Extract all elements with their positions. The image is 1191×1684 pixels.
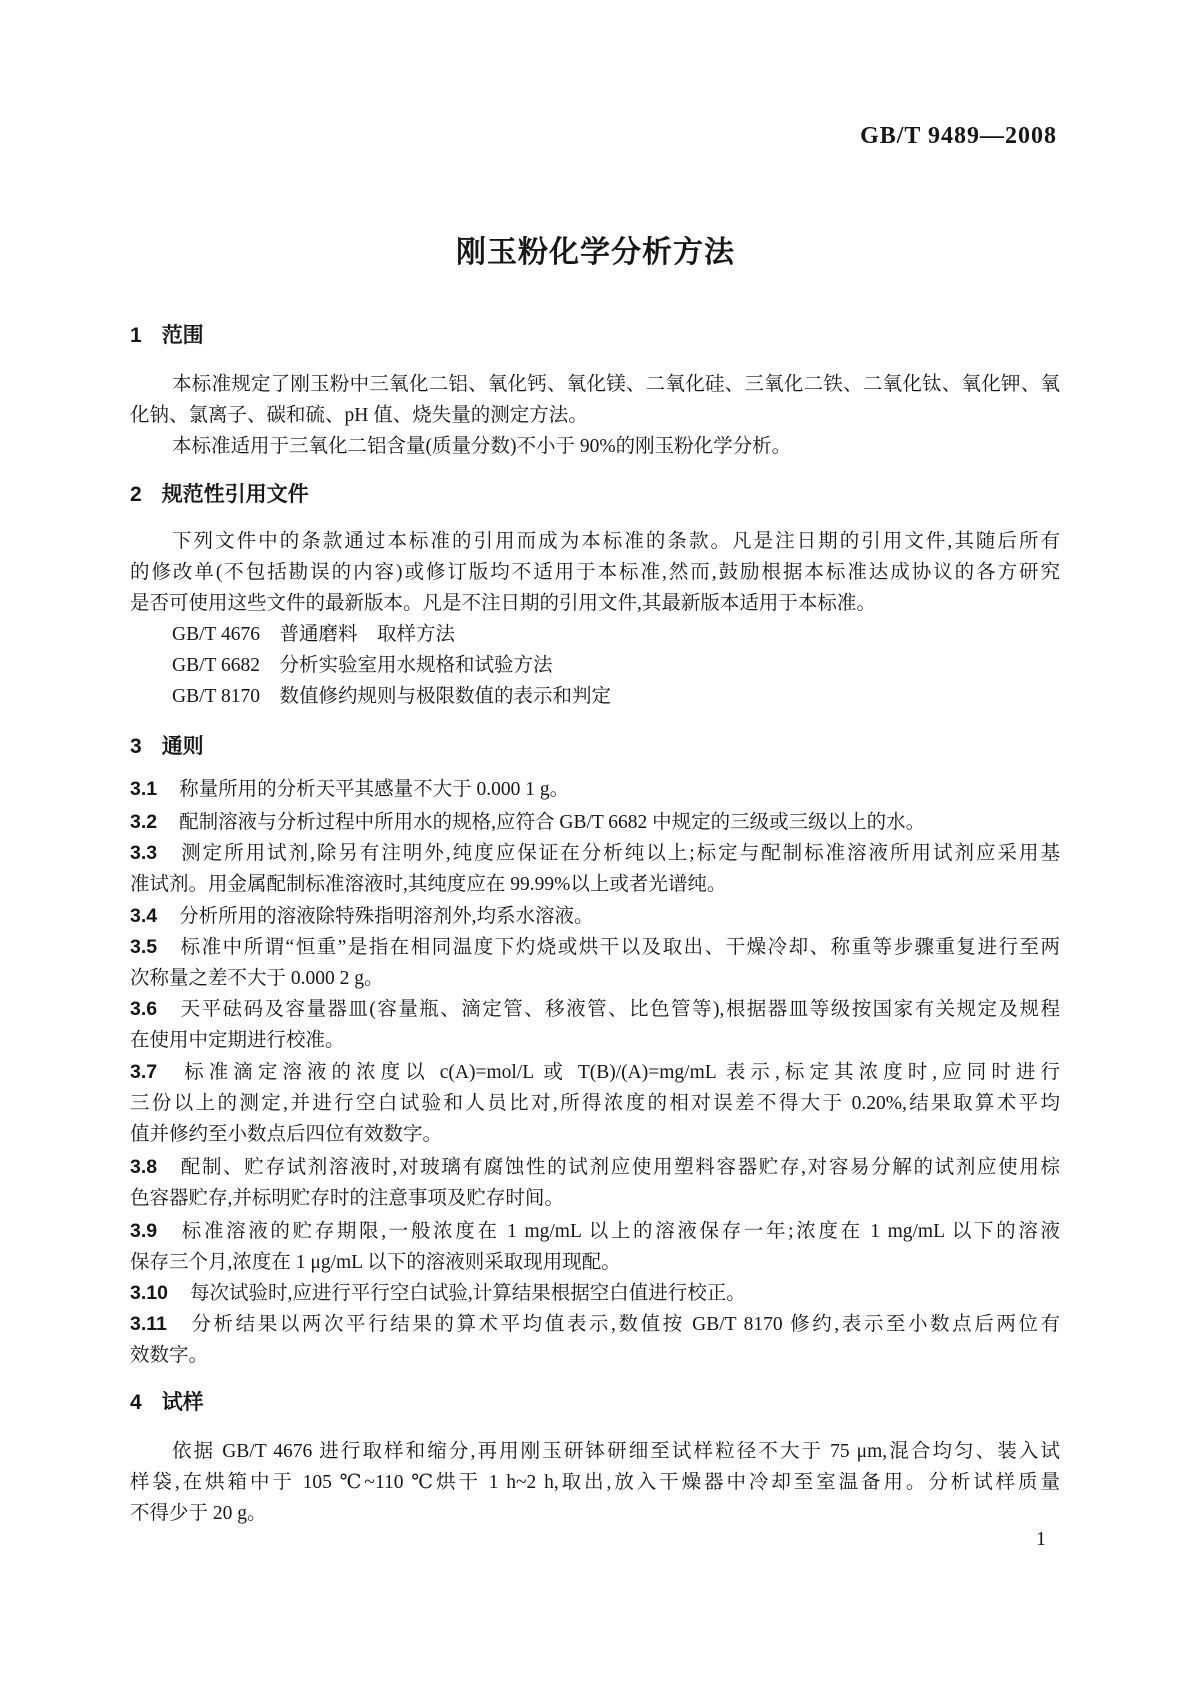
clause-continuation-line: 三份以上的测定,并进行空白试验和人员比对,所得浓度的相对误差不得大于 0.20%…	[130, 1088, 1060, 1119]
clause-line: 3.7标准滴定溶液的浓度以 c(A)=mol/L 或 T(B)/(A)=mg/m…	[130, 1057, 1060, 1088]
clause-line: 3.2配制溶液与分析过程中所用水的规格,应符合 GB/T 6682 中规定的三级…	[130, 807, 1060, 838]
paragraph-line: 是否可使用这些文件的最新版本。凡是不注日期的引用文件,其最新版本适用于本标准。	[130, 588, 1060, 619]
clause-continuation-line: 色容器贮存,并标明贮存时的注意事项及贮存时间。	[130, 1183, 1060, 1214]
section-2-title: 规范性引用文件	[162, 483, 309, 506]
clause-text: 分析结果以两次平行结果的算术平均值表示,数值按 GB/T 8170 修约,表示至…	[189, 1314, 1060, 1335]
clause-line: 3.9标准溶液的贮存期限,一般浓度在 1 mg/mL 以上的溶液保存一年;浓度在…	[130, 1216, 1060, 1247]
document-title: 刚玉粉化学分析方法	[0, 227, 1191, 271]
reference-line: GB/T 6682 分析实验室用水规格和试验方法	[130, 650, 1060, 681]
clause-number: 3.6	[130, 998, 157, 1020]
clause-line: 3.4分析所用的溶液除特殊指明溶剂外,均系水溶液。	[130, 901, 1060, 932]
standard-code: GB/T 9489—2008	[860, 123, 1057, 150]
clause-text: 称量所用的分析天平其感量不大于 0.000 1 g。	[179, 779, 569, 800]
clause-text: 标准滴定溶液的浓度以 c(A)=mol/L 或 T(B)/(A)=mg/mL 表…	[179, 1062, 1060, 1083]
clause-number: 3.9	[130, 1220, 157, 1242]
clause-line: 3.1称量所用的分析天平其感量不大于 0.000 1 g。	[130, 774, 1060, 805]
section-1-title: 范围	[162, 324, 204, 347]
clause-continuation-line: 效数字。	[130, 1340, 1060, 1371]
section-1-number: 1	[130, 324, 142, 347]
section-2-number: 2	[130, 483, 142, 506]
clause-number: 3.4	[130, 905, 157, 927]
clause-text: 标准溶液的贮存期限,一般浓度在 1 mg/mL 以上的溶液保存一年;浓度在 1 …	[179, 1221, 1060, 1242]
section-4-title: 试样	[162, 1391, 204, 1414]
paragraph-line: 样袋,在烘箱中于 105 ℃~110 ℃烘干 1 h~2 h,取出,放入干燥器中…	[130, 1467, 1060, 1498]
clause-number: 3.2	[130, 811, 157, 833]
document-body: 1范围 本标准规定了刚玉粉中三氧化二铝、氧化钙、氧化镁、二氧化硅、三氧化二铁、二…	[130, 320, 1060, 1529]
clause-text: 配制、贮存试剂溶液时,对玻璃有腐蚀性的试剂应使用塑料容器贮存,对容易分解的试剂应…	[179, 1157, 1060, 1178]
section-1-heading: 1范围	[130, 320, 1060, 351]
clause-text: 分析所用的溶液除特殊指明溶剂外,均系水溶液。	[179, 906, 593, 927]
section-4-number: 4	[130, 1391, 142, 1414]
paragraph-line: 化钠、氯离子、碳和硫、pH 值、烧失量的测定方法。	[130, 400, 1060, 431]
clause-continuation-line: 准试剂。用金属配制标准溶液时,其纯度应在 99.99%以上或者光谱纯。	[130, 869, 1060, 900]
reference-line: GB/T 8170 数值修约规则与极限数值的表示和判定	[130, 681, 1060, 712]
clause-continuation-line: 在使用中定期进行校准。	[130, 1025, 1060, 1056]
paragraph-line: 的修改单(不包括勘误的内容)或修订版均不适用于本标准,然而,鼓励根据本标准达成协…	[130, 557, 1060, 588]
clause-line: 3.10每次试验时,应进行平行空白试验,计算结果根据空白值进行校正。	[130, 1278, 1060, 1309]
clause-line: 3.8配制、贮存试剂溶液时,对玻璃有腐蚀性的试剂应使用塑料容器贮存,对容易分解的…	[130, 1152, 1060, 1183]
clause-number: 3.5	[130, 936, 157, 958]
clause-line: 3.5标准中所谓“恒重”是指在相同温度下灼烧或烘干以及取出、干燥冷却、称重等步骤…	[130, 932, 1060, 963]
clause-text: 测定所用试剂,除另有注明外,纯度应保证在分析纯以上;标定与配制标准溶液所用试剂应…	[179, 843, 1060, 864]
clause-number: 3.11	[130, 1313, 167, 1335]
clause-number: 3.1	[130, 778, 157, 800]
clause-text: 天平砝码及容量器皿(容量瓶、滴定管、移液管、比色管等),根据器皿等级按国家有关规…	[179, 999, 1060, 1020]
paragraph-line: 本标准规定了刚玉粉中三氧化二铝、氧化钙、氧化镁、二氧化硅、三氧化二铁、二氧化钛、…	[130, 369, 1060, 400]
section-3-number: 3	[130, 735, 142, 758]
clause-number: 3.7	[130, 1061, 157, 1083]
page-number: 1	[1036, 1528, 1046, 1551]
section-3-title: 通则	[162, 735, 204, 758]
section-2-heading: 2规范性引用文件	[130, 479, 1060, 510]
paragraph-line: 不得少于 20 g。	[130, 1498, 1060, 1529]
reference-line: GB/T 4676 普通磨料 取样方法	[130, 619, 1060, 650]
clause-text: 每次试验时,应进行平行空白试验,计算结果根据空白值进行校正。	[190, 1283, 746, 1304]
section-4-heading: 4试样	[130, 1387, 1060, 1418]
paragraph-line: 下列文件中的条款通过本标准的引用而成为本标准的条款。凡是注日期的引用文件,其随后…	[130, 526, 1060, 557]
clause-line: 3.3测定所用试剂,除另有注明外,纯度应保证在分析纯以上;标定与配制标准溶液所用…	[130, 838, 1060, 869]
clause-text: 标准中所谓“恒重”是指在相同温度下灼烧或烘干以及取出、干燥冷却、称重等步骤重复进…	[179, 937, 1060, 958]
clause-line: 3.11分析结果以两次平行结果的算术平均值表示,数值按 GB/T 8170 修约…	[130, 1309, 1060, 1340]
clause-line: 3.6天平砝码及容量器皿(容量瓶、滴定管、移液管、比色管等),根据器皿等级按国家…	[130, 994, 1060, 1025]
clause-continuation-line: 值并修约至小数点后四位有效数字。	[130, 1119, 1060, 1150]
paragraph-line: 依据 GB/T 4676 进行取样和缩分,再用刚玉研钵研细至试样粒径不大于 75…	[130, 1436, 1060, 1467]
document-page: GB/T 9489—2008 刚玉粉化学分析方法 1范围 本标准规定了刚玉粉中三…	[0, 0, 1191, 1684]
clause-text: 配制溶液与分析过程中所用水的规格,应符合 GB/T 6682 中规定的三级或三级…	[179, 812, 925, 833]
section-3-heading: 3通则	[130, 731, 1060, 762]
clause-number: 3.10	[130, 1282, 168, 1304]
clause-number: 3.8	[130, 1156, 157, 1178]
clause-continuation-line: 保存三个月,浓度在 1 μg/mL 以下的溶液则采取现用现配。	[130, 1247, 1060, 1278]
clause-continuation-line: 次称量之差不大于 0.000 2 g。	[130, 963, 1060, 994]
paragraph-line: 本标准适用于三氧化二铝含量(质量分数)不小于 90%的刚玉粉化学分析。	[130, 431, 1060, 462]
clause-number: 3.3	[130, 842, 157, 864]
